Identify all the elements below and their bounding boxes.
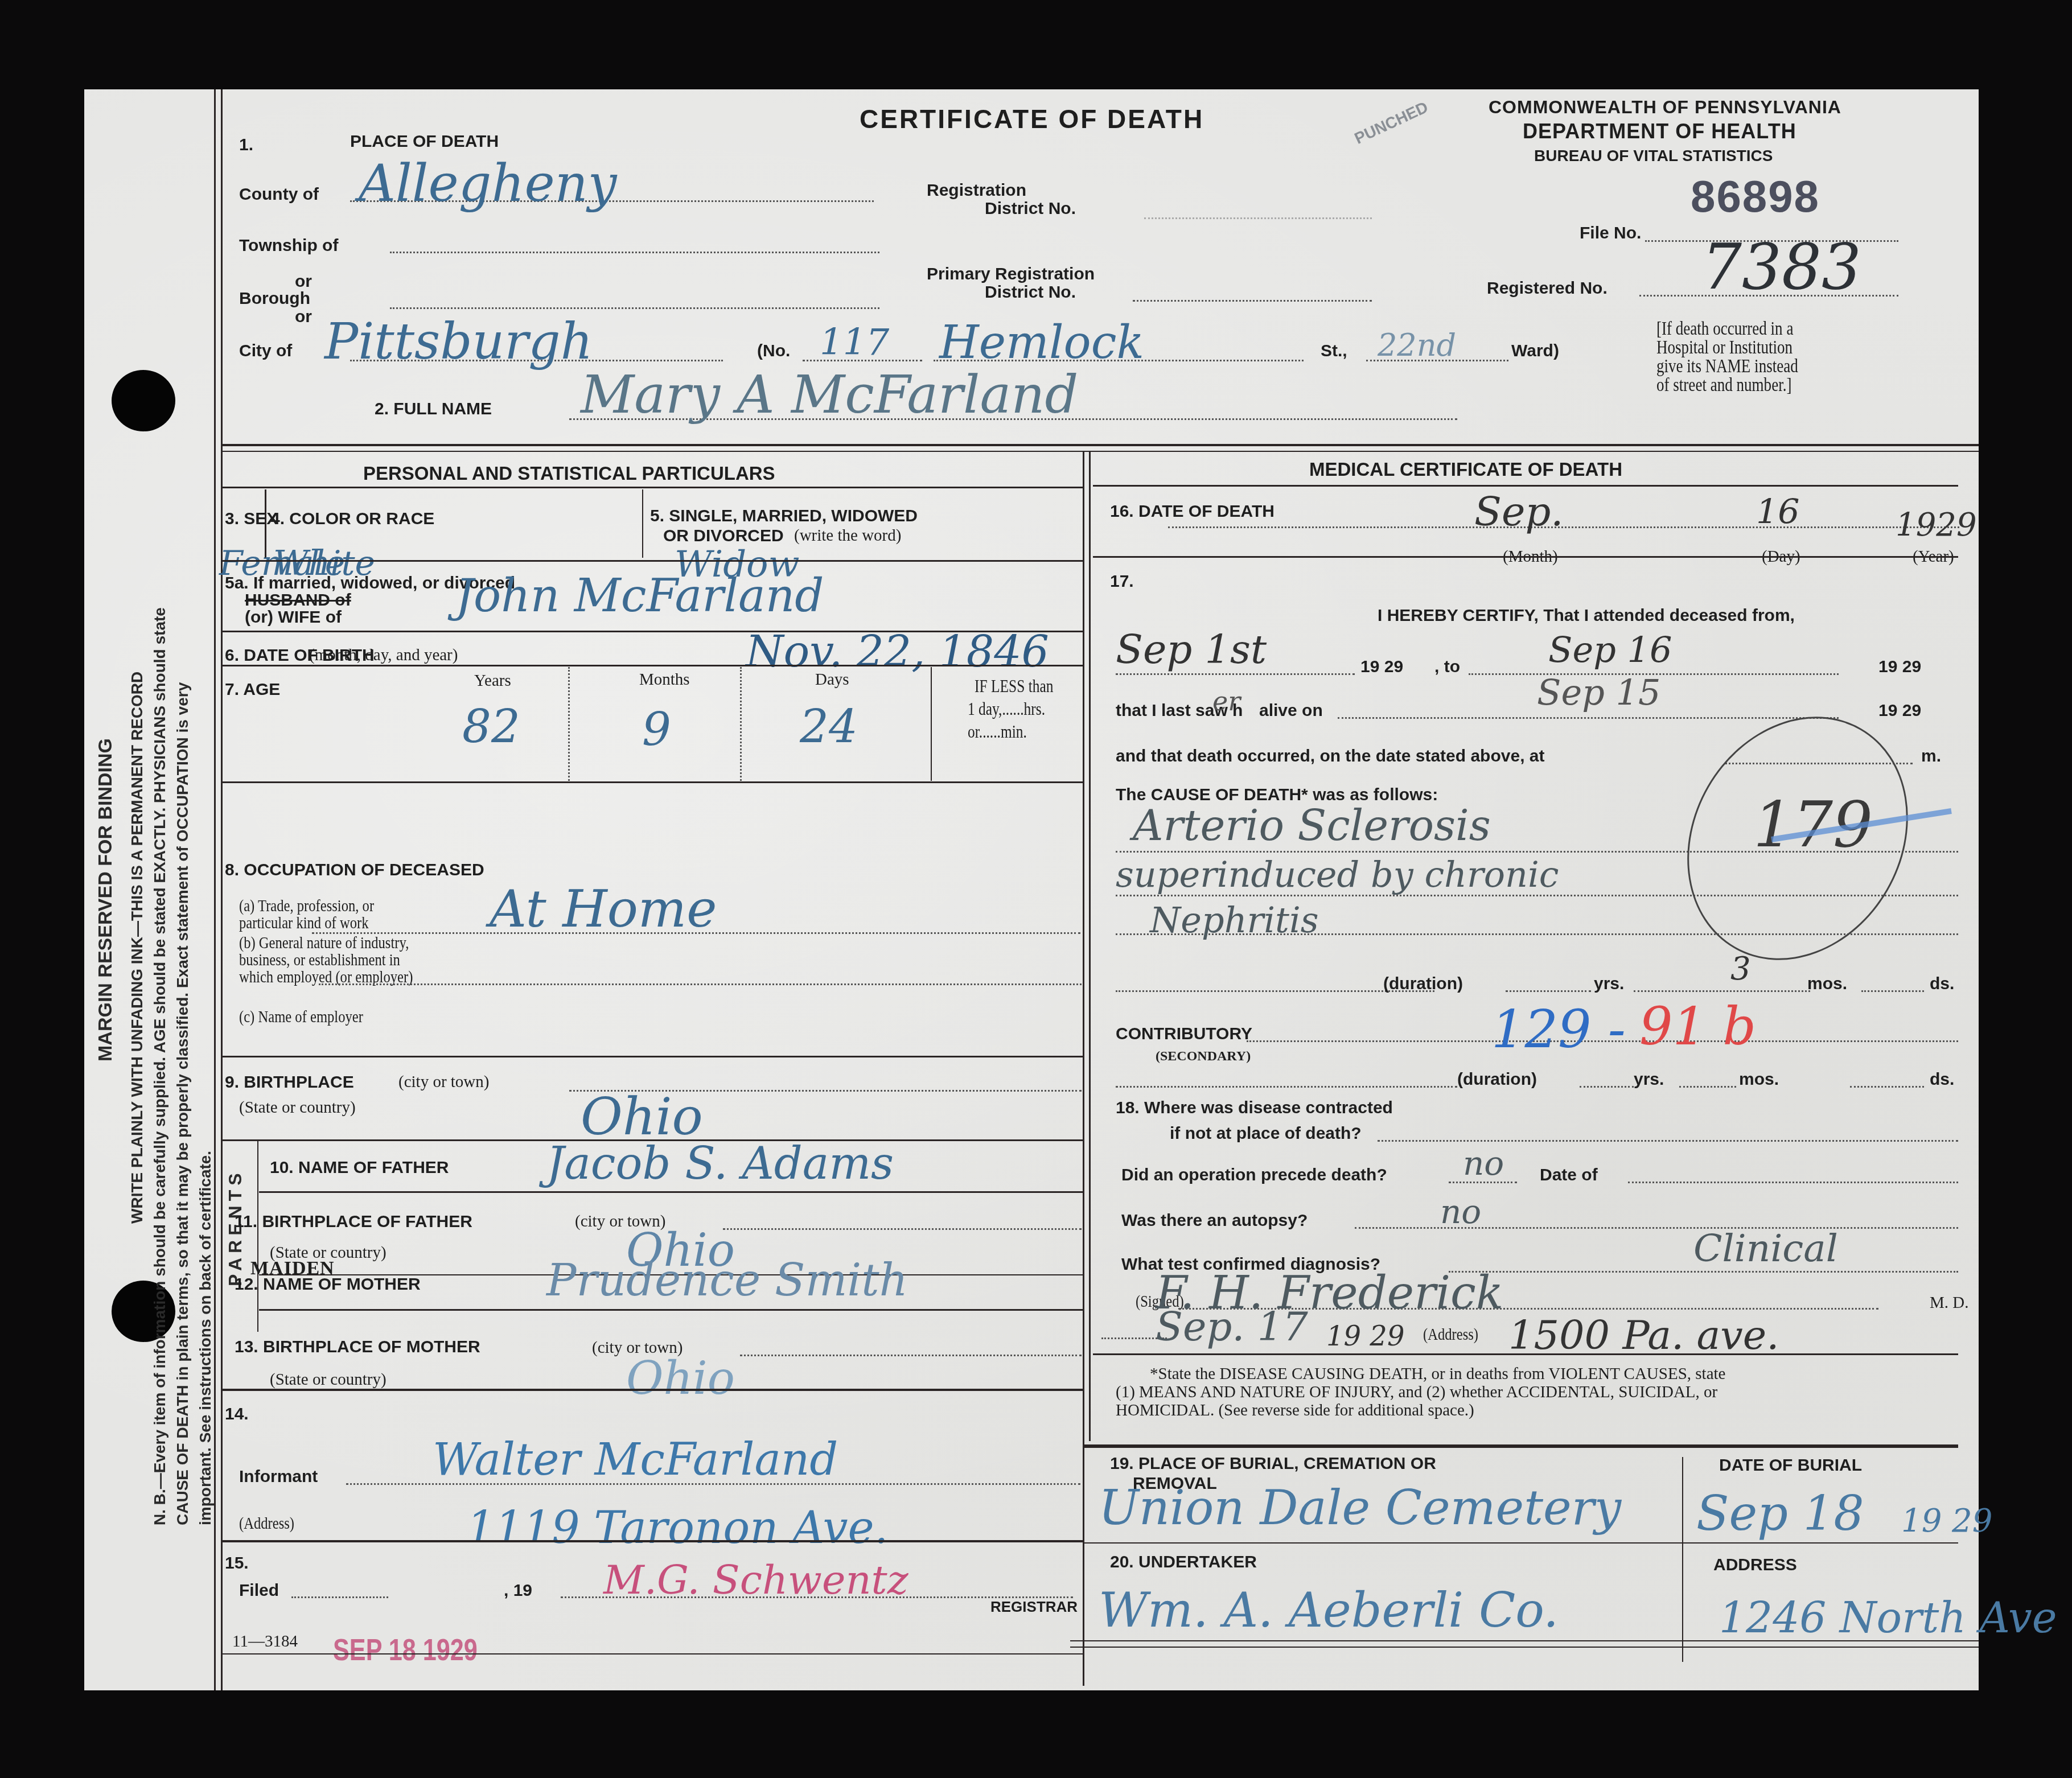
duration-ds-label: ds.: [1930, 974, 1954, 994]
registration-district-label-1: Registration: [927, 181, 1026, 200]
street-name-value[interactable]: Hemlock: [939, 316, 1144, 369]
street-label: St.,: [1321, 341, 1347, 361]
last-saw-line: [1338, 717, 1839, 719]
birthplace-label: 9. BIRTHPLACE: [225, 1073, 354, 1092]
marital-label-note: (write the word): [794, 526, 901, 545]
occupation-b-2: business, or establishment in: [239, 950, 400, 970]
mother-bp-label: 13. BIRTHPLACE OF MOTHER: [235, 1337, 480, 1357]
informant-value[interactable]: Walter McFarland: [433, 1434, 838, 1485]
header-bottom-rule-1: [221, 444, 1979, 446]
age-months-value[interactable]: 9: [642, 703, 671, 756]
dob-value[interactable]: Nov. 22, 1846: [746, 626, 1049, 677]
undertaker-value[interactable]: Wm. A. Aeberli Co.: [1099, 1582, 1559, 1638]
occupation-bottom-rule: [221, 1056, 1083, 1057]
signed-year-value: 19 29: [1326, 1320, 1404, 1352]
duration-label-1: (duration): [1383, 974, 1463, 994]
age-days-value[interactable]: 24: [800, 700, 858, 753]
secondary-label: (SECONDARY): [1156, 1049, 1251, 1064]
filed-date-stamp: SEP 18 1929: [333, 1632, 478, 1668]
birthplace-state-note: (State or country): [239, 1098, 356, 1117]
street-number-label: (No.: [757, 341, 790, 361]
personal-heading-rule: [221, 487, 1083, 488]
duration-2-ds-line: [1850, 1086, 1924, 1088]
duration-yrs-label: yrs.: [1594, 974, 1624, 994]
header-bottom-rule-2: [221, 451, 1979, 452]
attended-to-year: 19 29: [1878, 657, 1921, 677]
age-label: 7. AGE: [225, 680, 280, 699]
informant-rule: [221, 1540, 1083, 1542]
duration-months-value[interactable]: 3: [1730, 950, 1751, 987]
signed-row-rule: [1093, 1353, 1958, 1355]
attended-to-value[interactable]: Sep 16: [1548, 629, 1672, 670]
borough-line[interactable]: [390, 307, 879, 309]
operation-date-line[interactable]: [1628, 1182, 1958, 1183]
personal-heading: PERSONAL AND STATISTICAL PARTICULARS: [363, 463, 775, 484]
agency-commonwealth: COMMONWEALTH OF PENNSYLVANIA: [1489, 97, 1841, 118]
burial-top-rule: [1084, 1444, 1958, 1448]
filed-date-line[interactable]: [291, 1596, 388, 1598]
dod-year-value[interactable]: 1929: [1896, 507, 1977, 544]
file-no-label: File No.: [1580, 224, 1641, 243]
birthplace-city-note: (city or town): [398, 1073, 489, 1092]
signed-date-value[interactable]: Sep. 17: [1156, 1303, 1308, 1350]
father-birthplace-line: [723, 1228, 1082, 1230]
margin-instructions-1: N. B.—Every item of information should b…: [151, 607, 169, 1525]
undertaker-bottom-rule-2: [1070, 1647, 1979, 1648]
age-divider-3: [931, 667, 932, 781]
burial-date-label: DATE OF BURIAL: [1719, 1456, 1862, 1475]
duration-2-mos-label: mos.: [1739, 1070, 1779, 1089]
duration-2-mos-line: [1679, 1086, 1736, 1088]
father-birthplace-label-main: 11. BIRTHPLACE OF FATHER: [235, 1212, 472, 1232]
sex-row-rule: [221, 560, 1083, 562]
father-value[interactable]: Jacob S. Adams: [546, 1138, 894, 1190]
item-17-number: 17.: [1110, 572, 1134, 591]
signed-address-value[interactable]: 1500 Pa. ave.: [1508, 1312, 1779, 1359]
autopsy-label: Was there an autopsy?: [1121, 1211, 1308, 1230]
age-years-label: Years: [474, 672, 511, 690]
attended-from-line: [1116, 673, 1355, 675]
occupation-a-2: particular kind of work: [239, 913, 368, 933]
ward-label: Ward): [1511, 341, 1559, 361]
dod-label: 16. DATE OF DEATH: [1110, 502, 1275, 521]
place-of-death-label: PLACE OF DEATH: [350, 132, 499, 151]
occupation-b-1: (b) General nature of industry,: [239, 933, 409, 953]
margin-binding-text: MARGIN RESERVED FOR BINDING: [94, 738, 117, 1061]
undertaker-bottom-rule-1: [1070, 1640, 1979, 1641]
marital-label-1: 5. SINGLE, MARRIED, WIDOWED: [650, 507, 918, 526]
burial-year-value: 19 29: [1901, 1503, 1992, 1540]
father-row-rule: [259, 1191, 1083, 1193]
age-days-label: Days: [815, 670, 849, 689]
duration-line-2a: [1116, 1086, 1457, 1088]
mother-birthplace-state-note: (State or country): [270, 1370, 387, 1389]
parents-divider: [257, 1141, 258, 1332]
spouse-label-2: HUSBAND of: [245, 591, 351, 610]
duration-mos-line: [1634, 990, 1810, 992]
age-less-1: IF LESS than: [975, 676, 1053, 697]
undertaker-label: 20. UNDERTAKER: [1110, 1553, 1257, 1572]
occupation-b-line[interactable]: [319, 983, 1082, 985]
sex-divider: [265, 489, 266, 558]
footnote-2: (1) MEANS AND NATURE OF INJURY, and (2) …: [1116, 1383, 1717, 1402]
duration-2-ds-label: ds.: [1930, 1070, 1954, 1089]
attended-from-value[interactable]: Sep 1st: [1116, 626, 1267, 673]
autopsy-value[interactable]: no: [1440, 1192, 1481, 1231]
occupation-a-1: (a) Trade, profession, or: [239, 896, 374, 916]
death-time-m: m.: [1921, 747, 1941, 766]
registered-no-label: Registered No.: [1487, 279, 1608, 298]
burial-row-rule: [1084, 1542, 1958, 1544]
dob-note-text: (month, day, and year): [309, 646, 458, 665]
city-label: City of: [239, 341, 292, 361]
mother-label: 12. NAME OF MOTHER: [235, 1275, 421, 1294]
filed-label: Filed: [239, 1581, 279, 1600]
filed-year-label: , 19: [504, 1581, 532, 1600]
street-number-value[interactable]: 117: [820, 322, 889, 364]
duration-yrs-line: [1506, 990, 1591, 992]
margin-instructions-3: important. See instructions on back of c…: [196, 1151, 215, 1525]
township-line[interactable]: [390, 252, 879, 253]
last-saw-suffix[interactable]: er: [1212, 686, 1240, 717]
registration-district-line[interactable]: [1144, 217, 1372, 219]
operation-value[interactable]: no: [1463, 1144, 1504, 1183]
burial-label-1: 19. PLACE OF BURIAL, CREMATION OR: [1110, 1454, 1436, 1474]
mother-birthplace-rule: [221, 1389, 1083, 1391]
certify-text: I HEREBY CERTIFY, That I attended deceas…: [1378, 606, 1795, 625]
burial-divider: [1682, 1457, 1683, 1662]
code-blue[interactable]: 129 -: [1491, 999, 1626, 1060]
death-time-text: and that death occurred, on the date sta…: [1116, 747, 1544, 766]
file-no-stamp: 86898: [1691, 171, 1820, 223]
informant-address-value[interactable]: 1119 Taronon Ave.: [467, 1503, 888, 1554]
dod-day-value[interactable]: 16: [1756, 492, 1799, 532]
item-18-label-1: 18. Where was disease contracted: [1116, 1098, 1393, 1118]
age-less-2: 1 day,......hrs.: [968, 699, 1045, 719]
last-saw-value[interactable]: Sep 15: [1537, 672, 1660, 713]
full-name-label: 2. FULL NAME: [375, 400, 492, 419]
county-value[interactable]: Allegheny: [359, 154, 616, 213]
undertaker-address-label: ADDRESS: [1713, 1555, 1797, 1575]
race-divider: [642, 489, 643, 558]
dob-row-rule: [221, 665, 1083, 666]
filed-number: 15.: [225, 1554, 249, 1573]
registrar-label: REGISTRAR: [990, 1598, 1078, 1616]
margin-instructions-2: CAUSE OF DEATH in plain terms, so that i…: [174, 682, 192, 1525]
test-value[interactable]: Clinical: [1693, 1227, 1838, 1270]
contributory-label: CONTRIBUTORY: [1116, 1024, 1252, 1044]
undertaker-address-value[interactable]: 1246 North Ave: [1719, 1594, 2057, 1643]
or-label-2: or: [295, 307, 312, 327]
margin-rule-left: [214, 89, 216, 1690]
occupation-label: 8. OCCUPATION OF DECEASED: [225, 861, 484, 880]
form-number: 11—3184: [232, 1632, 298, 1651]
center-divider-right: [1089, 451, 1091, 1441]
date-of-label: Date of: [1540, 1166, 1598, 1185]
binding-hole-top: [112, 370, 175, 431]
dod-row-rule: [1093, 556, 1958, 558]
or-label-1: or: [295, 272, 312, 291]
agency-department: DEPARTMENT OF HEALTH: [1523, 120, 1796, 143]
last-saw-year: 19 29: [1878, 701, 1921, 721]
hospital-note-1: [If death occurred in a: [1656, 319, 1793, 340]
spouse-label-3: (or) WIFE of: [245, 608, 342, 627]
operation-label: Did an operation precede death?: [1121, 1166, 1387, 1185]
informant-address-label: (Address): [239, 1514, 294, 1533]
footnote-3: HOMICIDAL. (See reverse side for additio…: [1116, 1401, 1474, 1420]
attended-from-year: 19 29: [1360, 657, 1403, 677]
burial-value[interactable]: Union Dale Cemetery: [1099, 1480, 1621, 1536]
filed-bottom-rule: [221, 1653, 1083, 1654]
age-years-value[interactable]: 82: [462, 700, 520, 753]
age-less-3: or......min.: [968, 722, 1027, 742]
center-divider-left: [1083, 451, 1084, 1686]
margin-ink-notice: WRITE PLAINLY WITH UNFADING INK—THIS IS …: [128, 672, 146, 1224]
medical-heading-rule: [1093, 485, 1958, 487]
age-divider-1: [568, 667, 570, 781]
primary-registration-label-2: District No.: [985, 283, 1076, 302]
hospital-note-2: Hospital or Institution: [1656, 338, 1793, 359]
margin-rule-right: [221, 89, 223, 1690]
township-label: Township of: [239, 236, 338, 256]
race-label: 4. COLOR OR RACE: [270, 509, 434, 529]
father-label: 10. NAME OF FATHER: [270, 1158, 449, 1178]
full-name-value[interactable]: Mary A McFarland: [581, 364, 1079, 425]
mother-birthplace-value[interactable]: Ohio: [626, 1352, 735, 1405]
dod-line: [1168, 526, 1959, 528]
form-title: CERTIFICATE OF DEATH: [860, 104, 1204, 134]
borough-label: Borough: [239, 289, 310, 308]
informant-number: 14.: [225, 1405, 249, 1424]
cause-line-3-value[interactable]: Nephritis: [1150, 899, 1319, 941]
informant-label: Informant: [239, 1467, 318, 1487]
hospital-note-3: give its NAME instead: [1656, 356, 1798, 377]
item-1-number: 1.: [239, 135, 253, 155]
alive-on-label: alive on: [1259, 701, 1323, 721]
attended-to-label: , to: [1434, 657, 1460, 677]
duration-2-yrs-label: yrs.: [1634, 1070, 1664, 1089]
md-label: M. D.: [1930, 1294, 1968, 1312]
agency-bureau: BUREAU OF VITAL STATISTICS: [1534, 147, 1773, 165]
item-18-line[interactable]: [1378, 1140, 1958, 1142]
occupation-a-value[interactable]: At Home: [490, 879, 717, 939]
dod-month-value[interactable]: Sep.: [1474, 488, 1563, 535]
city-value[interactable]: Pittsburgh: [324, 312, 593, 371]
age-row-rule: [221, 781, 1083, 783]
mother-row-rule: [259, 1309, 1083, 1311]
medical-heading: MEDICAL CERTIFICATE OF DEATH: [1309, 459, 1622, 480]
duration-2-yrs-line: [1580, 1086, 1634, 1088]
burial-date-value[interactable]: Sep 18: [1696, 1485, 1864, 1541]
spouse-value[interactable]: John McFarland: [455, 569, 824, 622]
age-months-label: Months: [639, 670, 690, 689]
registered-no-value[interactable]: 7383: [1702, 231, 1861, 303]
primary-registration-line[interactable]: [1133, 300, 1372, 302]
mother-birthplace-line: [740, 1355, 1082, 1356]
item-18-label-2: if not at place of death?: [1170, 1124, 1362, 1143]
cause-line-2-value[interactable]: superinduced by chronic: [1116, 854, 1559, 895]
occupation-c: (c) Name of employer: [239, 1007, 363, 1027]
code-red[interactable]: 91 b: [1639, 996, 1756, 1057]
duration-label-2: (duration): [1457, 1070, 1537, 1089]
cause-line-1-value[interactable]: Arterio Sclerosis: [1133, 801, 1491, 850]
test-line: [1449, 1271, 1958, 1273]
duration-mos-label: mos.: [1807, 974, 1847, 994]
marital-label-2: OR DIVORCED: [663, 526, 784, 546]
duration-ds-line: [1861, 990, 1924, 992]
hospital-note-4: of street and number.]: [1656, 375, 1791, 396]
primary-registration-label-1: Primary Registration: [927, 265, 1095, 284]
signed-address-label: (Address): [1423, 1325, 1478, 1344]
footnote-1: *State the DISEASE CAUSING DEATH, or in …: [1150, 1365, 1725, 1384]
county-label: County of: [239, 185, 319, 204]
registration-district-label-2: District No.: [985, 199, 1076, 219]
age-divider-2: [740, 667, 742, 781]
ward-value[interactable]: 22nd: [1378, 327, 1456, 363]
registrar-signature[interactable]: M.G. Schwentz: [603, 1557, 908, 1603]
mother-value[interactable]: Prudence Smith: [546, 1255, 908, 1306]
